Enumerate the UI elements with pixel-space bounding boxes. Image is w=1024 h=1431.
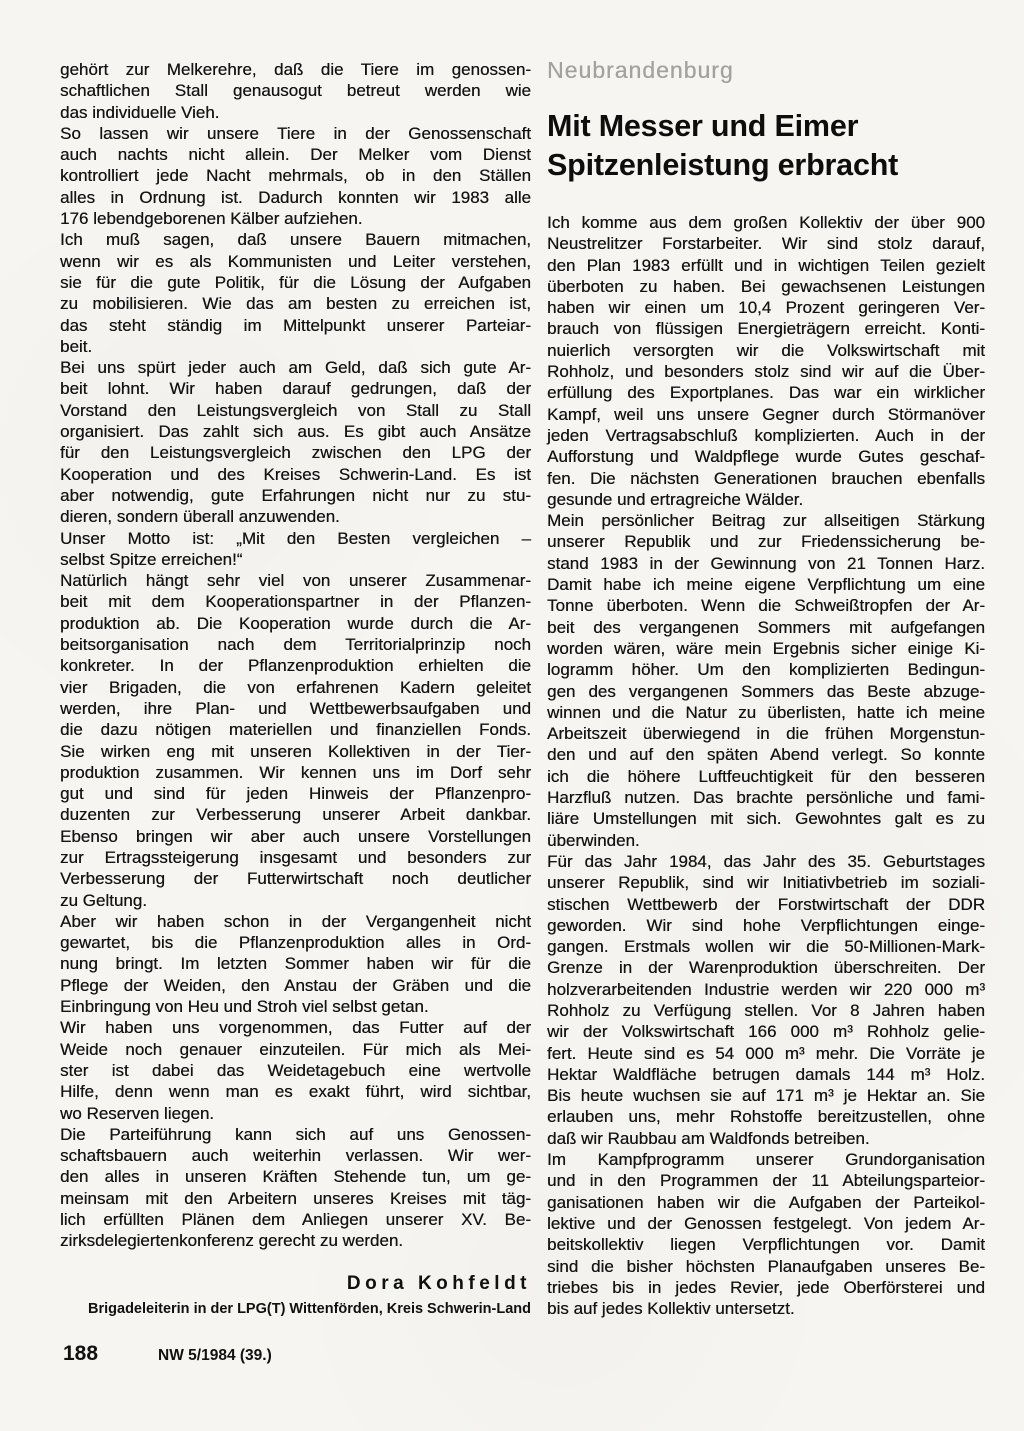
paragraph: Die Parteiführung kann sich auf uns Geno…	[60, 1124, 531, 1252]
text-line: Kooperation und des Kreises Schwerin-Lan…	[60, 464, 531, 485]
text-line: gangen. Erstmals wollen wir die 50-Milli…	[547, 936, 985, 957]
text-line: alles in Ordnung ist. Dadurch konnten wi…	[60, 187, 531, 208]
text-line: wir der Volkswirtschaft 166 000 m³ Rohho…	[547, 1021, 985, 1042]
text-line: überboten zu haben. Bei gewachsenen Leis…	[547, 276, 985, 297]
text-line: beit mit dem Kooperationspartner in der …	[60, 591, 531, 612]
journal-reference: NW 5/1984 (39.)	[158, 1347, 272, 1365]
text-line: den und auf den späten Abend verlegt. So…	[547, 744, 985, 765]
text-line: daß wir Raubbau am Waldfonds betreiben.	[547, 1128, 985, 1149]
text-line: ganisationen haben wir die Aufgaben der …	[547, 1192, 985, 1213]
text-line: nung bringt. Im letzten Sommer haben wir…	[60, 953, 531, 974]
text-line: Wir haben uns vorgenommen, das Futter au…	[60, 1017, 531, 1038]
text-line: Grenze in der Warenproduktion überschrei…	[547, 957, 985, 978]
left-column: gehört zur Melkerehre, daß die Tiere im …	[60, 59, 531, 1317]
text-line: dieren, sondern überall anzuwenden.	[60, 506, 531, 527]
text-line: den Plan 1983 erfüllt und in wichtigen T…	[547, 255, 985, 276]
left-column-body: gehört zur Melkerehre, daß die Tiere im …	[60, 59, 531, 1252]
text-line: duzenten zur Verbesserung unserer Arbeit…	[60, 804, 531, 825]
text-line: Arbeitszeit überwiegend in die frühen Mo…	[547, 723, 985, 744]
right-column: Neubrandenburg Mit Messer und Eimer Spit…	[547, 57, 985, 1319]
text-line: haben wir einen um 10,4 Prozent geringer…	[547, 297, 985, 318]
paragraph: Unser Motto ist: „Mit den Besten verglei…	[60, 528, 531, 571]
text-line: überwinden.	[547, 830, 985, 851]
text-line: Ich muß sagen, daß unsere Bauern mitmach…	[60, 229, 531, 250]
text-line: konkreter. In der Pflanzenproduktion erh…	[60, 655, 531, 676]
text-line: gewartet, bis die Pflanzenproduktion all…	[60, 932, 531, 953]
text-line: 176 lebendgeborenen Kälber aufziehen.	[60, 208, 531, 229]
text-line: Harzfluß nutzen. Das brachte persönliche…	[547, 787, 985, 808]
text-line: Im Kampfprogramm unserer Grundorganisati…	[547, 1149, 985, 1170]
text-line: Aber wir haben schon in der Vergangenhei…	[60, 911, 531, 932]
text-line: brauch von flüssigen Energieträgern erre…	[547, 318, 985, 339]
text-line: unserer Republik, sind wir Initiativbetr…	[547, 872, 985, 893]
text-line: für den Leistungsvergleich zwischen den …	[60, 442, 531, 463]
text-line: gehört zur Melkerehre, daß die Tiere im …	[60, 59, 531, 80]
paragraph: Ich komme aus dem großen Kollektiv der ü…	[547, 212, 985, 510]
text-line: stand 1983 in der Gewinnung von 21 Tonne…	[547, 553, 985, 574]
text-line: Hektar Waldfläche betrugen damals 144 m³…	[547, 1064, 985, 1085]
text-line: liäre Umstellungen mit sich. Gewohntes g…	[547, 808, 985, 829]
signature-block: Dora Kohfeldt Brigadeleiterin in der LPG…	[60, 1273, 531, 1317]
text-line: stischen Wettbewerb der Forstwirtschaft …	[547, 894, 985, 915]
text-line: Hilfe, denn wenn man es exakt führt, wir…	[60, 1081, 531, 1102]
text-line: Verbesserung der Futterwirtschaft noch d…	[60, 868, 531, 889]
text-line: Rohholz zu Verfügung stellen. Vor 8 Jahr…	[547, 1000, 985, 1021]
text-line: Tonne überboten. Wenn die Schweißtropfen…	[547, 595, 985, 616]
text-line: sie für die gute Politik, für die Lösung…	[60, 272, 531, 293]
text-line: Ich komme aus dem großen Kollektiv der ü…	[547, 212, 985, 233]
text-line: meinsam mit den Arbeitern unseres Kreise…	[60, 1188, 531, 1209]
page-footer: 188 NW 5/1984 (39.)	[63, 1342, 272, 1366]
text-line: beit des vergangenen Sommers mit aufgefa…	[547, 617, 985, 638]
text-line: selbst Spitze erreichen!“	[60, 549, 531, 570]
text-line: beit lohnt. Wir haben darauf gedrungen, …	[60, 378, 531, 399]
page-number: 188	[63, 1342, 98, 1366]
text-line: Natürlich hängt sehr viel von unserer Zu…	[60, 570, 531, 591]
paragraph: Ich muß sagen, daß unsere Bauern mitmach…	[60, 229, 531, 357]
text-line: schaftlichen Stall genausogut betreut we…	[60, 80, 531, 101]
byline: Brigadeleiterin in der LPG(T) Wittenförd…	[60, 1301, 531, 1317]
paragraph: Wir haben uns vorgenommen, das Futter au…	[60, 1017, 531, 1123]
text-line: das steht ständig im Mittelpunkt unserer…	[60, 315, 531, 336]
text-line: holzverarbeitenden Industrie werden wir …	[547, 979, 985, 1000]
text-line: beit.	[60, 336, 531, 357]
text-line: Weide noch genauer einzuteilen. Für mich…	[60, 1039, 531, 1060]
text-line: aber notwendig, gute Erfahrungen nicht n…	[60, 485, 531, 506]
text-line: kontrolliert jede Nacht mehrmals, ob in …	[60, 165, 531, 186]
text-line: zirksdelegiertenkonferenz gerecht zu wer…	[60, 1230, 531, 1251]
text-line: und in den Programmen der 11 Abteilungsp…	[547, 1170, 985, 1191]
text-line: gen des vergangenen Sommers das Beste ab…	[547, 681, 985, 702]
text-line: jeden Vertragsabschluß komplizierten. Au…	[547, 425, 985, 446]
text-line: gesunde und ertragreiche Wälder.	[547, 489, 985, 510]
text-line: die dazu nötigen materiellen und finanzi…	[60, 719, 531, 740]
text-line: fert. Heute sind es 54 000 m³ mehr. Die …	[547, 1043, 985, 1064]
text-line: ster ist dabei das Weidetagebuch eine we…	[60, 1060, 531, 1081]
text-line: winnen und die Natur zu überlisten, hatt…	[547, 702, 985, 723]
text-line: Bis heute wuchsen sie auf 171 m³ je Hekt…	[547, 1085, 985, 1106]
text-line: nuierlich versorgten wir die Volkswirtsc…	[547, 340, 985, 361]
text-line: zur Ertragssteigerung insgesamt und beso…	[60, 847, 531, 868]
text-line: geworden. Wir sind hohe Verpflichtungen …	[547, 915, 985, 936]
text-line: Kampf, weil uns unsere Gegner durch Stör…	[547, 404, 985, 425]
paragraph: Bei uns spürt jeder auch am Geld, daß si…	[60, 357, 531, 527]
text-line: Die Parteiführung kann sich auf uns Geno…	[60, 1124, 531, 1145]
text-line: schaftsbauern auch weiterhin verlassen. …	[60, 1145, 531, 1166]
text-line: beitskollektiv liegen Verpflichtungen vo…	[547, 1234, 985, 1255]
text-line: So lassen wir unsere Tiere in der Genoss…	[60, 123, 531, 144]
text-line: logramm höher. Um den komplizierten Bedi…	[547, 659, 985, 680]
paragraph: Im Kampfprogramm unserer Grundorganisati…	[547, 1149, 985, 1319]
text-line: Ebenso bringen wir aber auch unsere Vors…	[60, 826, 531, 847]
paragraph: Für das Jahr 1984, das Jahr des 35. Gebu…	[547, 851, 985, 1149]
right-column-body: Ich komme aus dem großen Kollektiv der ü…	[547, 212, 985, 1319]
paragraph: Natürlich hängt sehr viel von unserer Zu…	[60, 570, 531, 911]
text-line: wenn wir es als Kommunisten und Leiter v…	[60, 251, 531, 272]
text-line: ich die höhere Luftfeuchtigkeit für den …	[547, 766, 985, 787]
text-line: sind die bisher höchsten Planaufgaben un…	[547, 1256, 985, 1277]
text-line: worden wären, wäre mein Ergebnis sicher …	[547, 638, 985, 659]
text-line: gut und sind für jeden Hinweis der Pflan…	[60, 783, 531, 804]
article-title-line-1: Mit Messer und Eimer	[547, 107, 985, 146]
paragraph: Aber wir haben schon in der Vergangenhei…	[60, 911, 531, 1017]
text-line: bis auf jedes Kollektiv untersetzt.	[547, 1298, 985, 1319]
text-line: zu mobilisieren. Wie das am besten zu er…	[60, 293, 531, 314]
signature: Dora Kohfeldt	[60, 1273, 531, 1295]
article-title-line-2: Spitzenleistung erbracht	[547, 146, 985, 185]
text-line: Sie wirken eng mit unseren Kollektiven i…	[60, 741, 531, 762]
magazine-page: { "left_column": { "paragraphs": [ [ "ge…	[0, 0, 1024, 1431]
text-line: werden, ihre Plan- und Wettbewerbsaufgab…	[60, 698, 531, 719]
text-line: organisiert. Das zahlt sich aus. Es gibt…	[60, 421, 531, 442]
text-line: Bei uns spürt jeder auch am Geld, daß si…	[60, 357, 531, 378]
text-line: Vorstand den Leistungsvergleich von Stal…	[60, 400, 531, 421]
text-line: Aufforstung und Waldpflege wurde Gutes g…	[547, 446, 985, 467]
text-line: Einbringung von Heu und Stroh viel selbs…	[60, 996, 531, 1017]
text-line: erlauben uns, mehr Rohstoffe bereitzuste…	[547, 1106, 985, 1127]
region-kicker: Neubrandenburg	[547, 57, 985, 83]
text-line: Für das Jahr 1984, das Jahr des 35. Gebu…	[547, 851, 985, 872]
text-line: wo Reserven liegen.	[60, 1103, 531, 1124]
text-line: den alles in unseren Kräften Stehende tu…	[60, 1166, 531, 1187]
text-line: Rohholz, und besonders stolz sind wir au…	[547, 361, 985, 382]
text-line: auch nachts nicht allein. Der Melker vom…	[60, 144, 531, 165]
text-line: beitsorganisation nach dem Territorialpr…	[60, 634, 531, 655]
article-title: Mit Messer und Eimer Spitzenleistung erb…	[547, 107, 985, 185]
text-line: zu Geltung.	[60, 890, 531, 911]
paragraph: gehört zur Melkerehre, daß die Tiere im …	[60, 59, 531, 123]
text-line: fen. Die nächsten Generationen brauchen …	[547, 468, 985, 489]
text-line: Mein persönlicher Beitrag zur allseitige…	[547, 510, 985, 531]
paragraph: Mein persönlicher Beitrag zur allseitige…	[547, 510, 985, 851]
text-line: unserer Republik und zur Friedenssicheru…	[547, 531, 985, 552]
text-line: Damit habe ich meine eigene Verpflichtun…	[547, 574, 985, 595]
paragraph: So lassen wir unsere Tiere in der Genoss…	[60, 123, 531, 229]
text-line: erfüllung des Exportplanes. Das war ein …	[547, 382, 985, 403]
text-line: triebes bis in jedes Revier, jede Oberfö…	[547, 1277, 985, 1298]
text-line: produktion zusammen. Wir kennen uns im D…	[60, 762, 531, 783]
text-line: Pflege der Weiden, den Anstau der Gräben…	[60, 975, 531, 996]
text-line: lich erfüllten Plänen dem Anliegen unser…	[60, 1209, 531, 1230]
text-line: Unser Motto ist: „Mit den Besten verglei…	[60, 528, 531, 549]
text-line: produktion ab. Die Kooperation wurde dur…	[60, 613, 531, 634]
text-line: das individuelle Vieh.	[60, 102, 531, 123]
text-line: vier Brigaden, die von erfahrenen Kadern…	[60, 677, 531, 698]
text-line: Neustrelitzer Forstarbeiter. Wir sind st…	[547, 233, 985, 254]
text-line: lektive und der Genossen festgelegt. Von…	[547, 1213, 985, 1234]
